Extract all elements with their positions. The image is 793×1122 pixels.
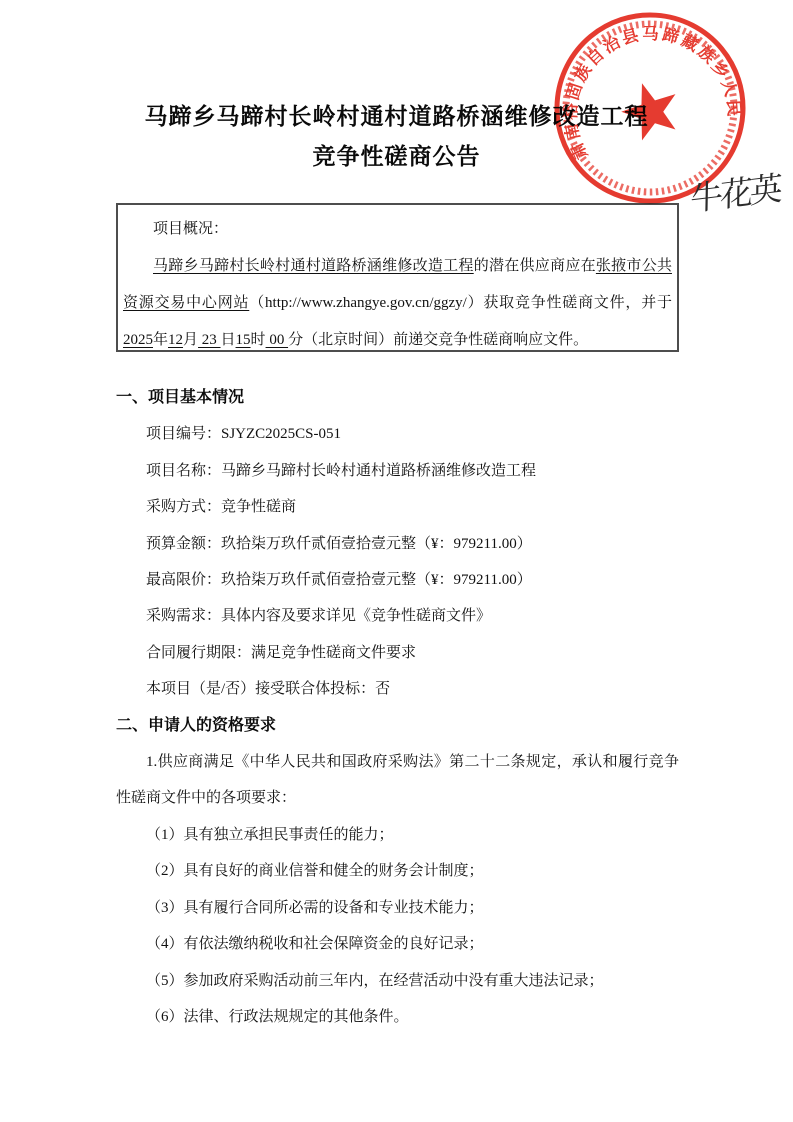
overview-segment: 年 <box>153 332 168 348</box>
overview-segment: 23 <box>198 332 221 348</box>
overview-label: 项目概况： <box>123 211 672 248</box>
document-page: 肃南裕固族自治县马蹄藏族乡人民政府 牛花英 马蹄乡马蹄村长岭村通村道路桥涵维修改… <box>0 0 793 1122</box>
overview-segment: 2025 <box>123 332 153 348</box>
document-title: 马蹄乡马蹄村长岭村通村道路桥涵维修改造工程 竞争性磋商公告 <box>0 0 793 176</box>
basic-info-item: 预算金额：玖拾柒万玖仟贰佰壹拾壹元整（¥：979211.00） <box>116 526 679 562</box>
overview-segment: 马蹄乡马蹄村长岭村通村道路桥涵维修改造工程 <box>153 258 474 274</box>
handwritten-signature: 牛花英 <box>690 162 780 220</box>
document-body: 一、项目基本情况 项目编号：SJYZC2025CS-051项目名称：马蹄乡马蹄村… <box>116 380 679 1035</box>
overview-segment: 分（北京时间）前递交竞争性磋商响应文件。 <box>288 332 588 348</box>
overview-paragraph: 马蹄乡马蹄村长岭村通村道路桥涵维修改造工程的潜在供应商应在张掖市公共资源交易中心… <box>123 248 672 359</box>
qualification-item: （3）具有履行合同所必需的设备和专业技术能力； <box>116 890 679 926</box>
overview-segment: （http://www.zhangye.gov.cn/ggzy/）获取竞争性磋商… <box>249 295 672 311</box>
basic-info-item: 项目名称：马蹄乡马蹄村长岭村通村道路桥涵维修改造工程 <box>116 453 679 489</box>
overview-segment: 15 <box>236 332 251 348</box>
basic-info-item: 采购方式：竞争性磋商 <box>116 489 679 525</box>
basic-info-item: 项目编号：SJYZC2025CS-051 <box>116 416 679 452</box>
title-line-1: 马蹄乡马蹄村长岭村通村道路桥涵维修改造工程 <box>0 96 793 136</box>
section2-intro: 1.供应商满足《中华人民共和国政府采购法》第二十二条规定，承认和履行竞争性磋商文… <box>116 744 679 817</box>
qualification-item: （4）有依法缴纳税收和社会保障资金的良好记录； <box>116 926 679 962</box>
overview-segment: 月 <box>183 332 198 348</box>
qualification-item: （6）法律、行政法规规定的其他条件。 <box>116 999 679 1035</box>
basic-info-item: 最高限价：玖拾柒万玖仟贰佰壹拾壹元整（¥：979211.00） <box>116 562 679 598</box>
overview-segment: 日 <box>221 332 236 348</box>
project-overview-box: 项目概况： 马蹄乡马蹄村长岭村通村道路桥涵维修改造工程的潜在供应商应在张掖市公共… <box>116 203 679 352</box>
section1-items: 项目编号：SJYZC2025CS-051项目名称：马蹄乡马蹄村长岭村通村道路桥涵… <box>116 416 679 707</box>
title-line-2: 竞争性磋商公告 <box>0 136 793 176</box>
qualification-item: （1）具有独立承担民事责任的能力； <box>116 817 679 853</box>
section1-heading: 一、项目基本情况 <box>116 380 679 416</box>
basic-info-item: 本项目（是/否）接受联合体投标：否 <box>116 671 679 707</box>
overview-segment: 的潜在供应商应在 <box>474 258 596 274</box>
section2-heading: 二、申请人的资格要求 <box>116 708 679 744</box>
basic-info-item: 合同履行期限：满足竞争性磋商文件要求 <box>116 635 679 671</box>
qualification-item: （5）参加政府采购活动前三年内，在经营活动中没有重大违法记录； <box>116 963 679 999</box>
overview-segment: 12 <box>168 332 183 348</box>
basic-info-item: 采购需求：具体内容及要求详见《竞争性磋商文件》 <box>116 598 679 634</box>
overview-segment: 00 <box>266 332 289 348</box>
qualification-item: （2）具有良好的商业信誉和健全的财务会计制度； <box>116 853 679 889</box>
overview-segment: 时 <box>251 332 266 348</box>
section2-items: （1）具有独立承担民事责任的能力；（2）具有良好的商业信誉和健全的财务会计制度；… <box>116 817 679 1035</box>
